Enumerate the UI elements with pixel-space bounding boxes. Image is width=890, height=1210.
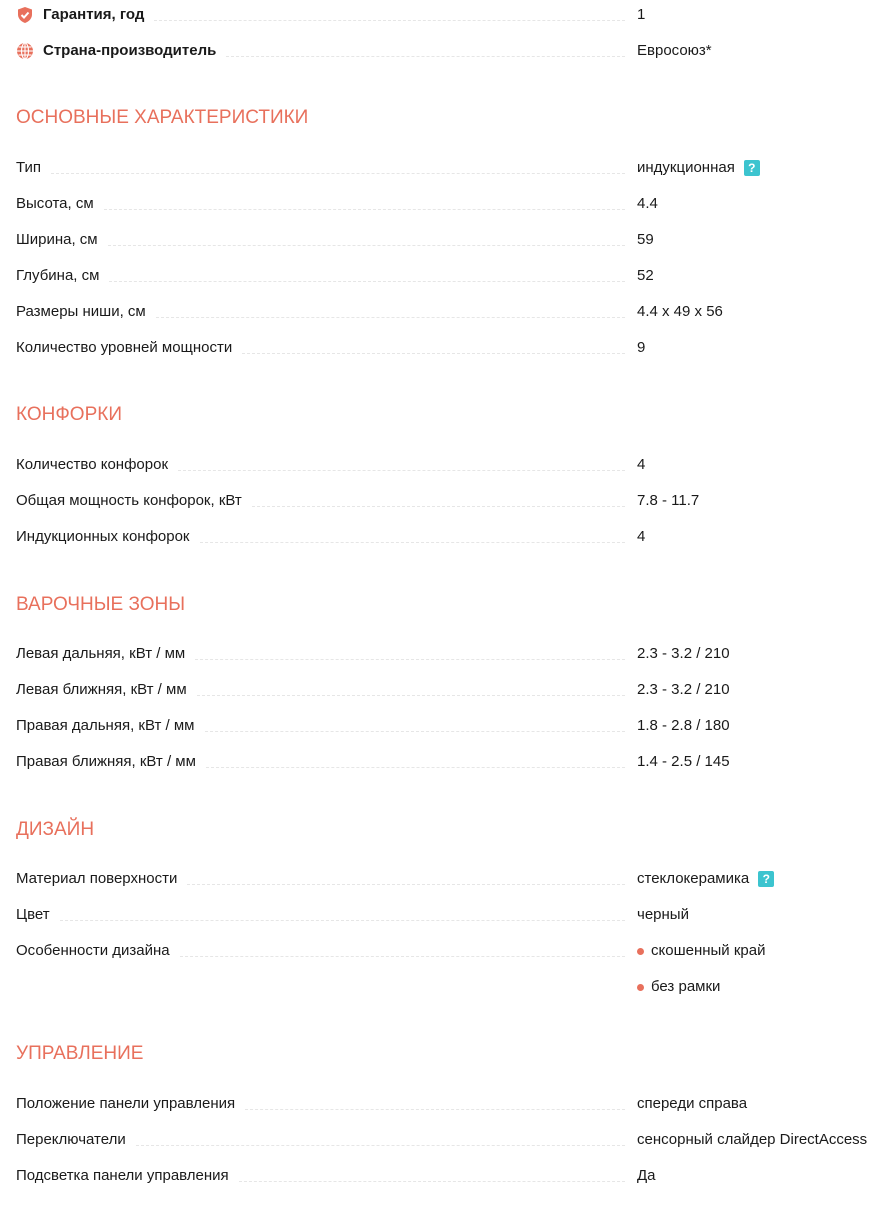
spec-value: индукционная?	[637, 158, 760, 178]
spec-row: Индукционных конфорок4	[16, 527, 890, 563]
spec-label-text: Страна-производитель	[43, 41, 216, 61]
spec-row: Правая ближняя, кВт / мм1.4 - 2.5 / 145	[16, 752, 890, 788]
dotted-leader	[156, 317, 625, 318]
spec-row: Особенности дизайнаскошенный крайбез рам…	[16, 941, 890, 977]
spec-row: Глубина, см52	[16, 266, 890, 302]
spec-label-text: Размеры ниши, см	[16, 302, 146, 322]
spec-label-text: Особенности дизайна	[16, 941, 170, 961]
spec-value-text: спереди справа	[637, 1094, 747, 1114]
dotted-leader	[60, 920, 625, 921]
spec-row: Количество уровней мощности9	[16, 338, 890, 374]
spec-value-text: Да	[637, 1166, 656, 1186]
section-title: УПРАВЛЕНИЕ	[16, 1043, 143, 1065]
dotted-leader	[200, 542, 625, 543]
help-icon[interactable]: ?	[744, 160, 760, 176]
spec-value-text: стеклокерамика	[637, 869, 749, 889]
spec-row: Высота, см4.4	[16, 194, 890, 230]
spec-label: Правая дальняя, кВт / мм	[16, 716, 195, 736]
dotted-leader	[242, 353, 625, 354]
globe-icon	[16, 42, 34, 60]
spec-value: спереди справа	[637, 1094, 747, 1114]
spec-label-text: Левая ближняя, кВт / мм	[16, 680, 187, 700]
dotted-leader	[178, 470, 625, 471]
spec-label: Положение панели управления	[16, 1094, 235, 1114]
spec-value: 4.4	[637, 194, 658, 214]
spec-value: 4	[637, 527, 645, 547]
dotted-leader	[245, 1109, 625, 1110]
spec-label-text: Количество уровней мощности	[16, 338, 232, 358]
spec-value-text: 4	[637, 455, 645, 475]
spec-label: Глубина, см	[16, 266, 99, 286]
spec-value-text: 2.3 - 3.2 / 210	[637, 680, 730, 700]
spec-label: Левая дальняя, кВт / мм	[16, 644, 185, 664]
bullet-dot-icon	[637, 984, 644, 991]
spec-row: Цветчерный	[16, 905, 890, 941]
spec-row: Ширина, см59	[16, 230, 890, 266]
spec-label-text: Глубина, см	[16, 266, 99, 286]
spec-label-text: Положение панели управления	[16, 1094, 235, 1114]
spec-value-text: 1.8 - 2.8 / 180	[637, 716, 730, 736]
dotted-leader	[206, 767, 625, 768]
spec-value-text: черный	[637, 905, 689, 925]
spec-row: Левая дальняя, кВт / мм2.3 - 3.2 / 210	[16, 644, 890, 680]
spec-value: 1	[637, 5, 645, 25]
spec-label-text: Цвет	[16, 905, 50, 925]
spec-row: Гарантия, год1	[16, 5, 890, 41]
dotted-leader	[197, 695, 625, 696]
spec-label: Правая ближняя, кВт / мм	[16, 752, 196, 772]
spec-value: черный	[637, 905, 689, 925]
spec-value-text: 7.8 - 11.7	[637, 491, 699, 511]
dotted-leader	[108, 245, 625, 246]
spec-value-bullet: скошенный край	[637, 941, 765, 961]
dotted-leader	[51, 173, 625, 174]
spec-label-text: Правая дальняя, кВт / мм	[16, 716, 195, 736]
spec-value-text: 2.3 - 3.2 / 210	[637, 644, 730, 664]
spec-label: Цвет	[16, 905, 50, 925]
dotted-leader	[195, 659, 625, 660]
spec-value: 59	[637, 230, 654, 250]
dotted-leader	[187, 884, 625, 885]
spec-label-text: Ширина, см	[16, 230, 98, 250]
spec-row: Размеры ниши, см4.4 x 49 x 56	[16, 302, 890, 338]
spec-label: Количество уровней мощности	[16, 338, 232, 358]
spec-value: 7.8 - 11.7	[637, 491, 699, 511]
section-title: ДИЗАЙН	[16, 819, 94, 841]
spec-value-text: без рамки	[651, 977, 720, 997]
spec-label-text: Гарантия, год	[43, 5, 144, 25]
spec-row: Подсветка панели управленияДа	[16, 1166, 890, 1202]
dotted-leader	[104, 209, 625, 210]
spec-value: 52	[637, 266, 654, 286]
dotted-leader	[180, 956, 625, 957]
spec-row: Правая дальняя, кВт / мм1.8 - 2.8 / 180	[16, 716, 890, 752]
spec-row: Типиндукционная?	[16, 158, 890, 194]
spec-value: Евросоюз*	[637, 41, 712, 61]
spec-label-text: Левая дальняя, кВт / мм	[16, 644, 185, 664]
spec-label-text: Правая ближняя, кВт / мм	[16, 752, 196, 772]
dotted-leader	[205, 731, 625, 732]
spec-label: Переключатели	[16, 1130, 126, 1150]
spec-label: Тип	[16, 158, 41, 178]
spec-value: 1.8 - 2.8 / 180	[637, 716, 730, 736]
spec-value-text: 4.4	[637, 194, 658, 214]
spec-value-text: 1.4 - 2.5 / 145	[637, 752, 730, 772]
spec-row: Левая ближняя, кВт / мм2.3 - 3.2 / 210	[16, 680, 890, 716]
spec-value-text: сенсорный слайдер DirectAccess	[637, 1130, 867, 1150]
spec-value: 9	[637, 338, 645, 358]
spec-value: Да	[637, 1166, 656, 1186]
spec-row: Страна-производительЕвросоюз*	[16, 41, 890, 77]
bullet-dot-icon	[637, 948, 644, 955]
spec-value-text: индукционная	[637, 158, 735, 178]
spec-label-text: Индукционных конфорок	[16, 527, 190, 547]
spec-value-text: 59	[637, 230, 654, 250]
spec-label-text: Количество конфорок	[16, 455, 168, 475]
spec-label-text: Общая мощность конфорок, кВт	[16, 491, 242, 511]
spec-value: 4	[637, 455, 645, 475]
spec-row: Общая мощность конфорок, кВт7.8 - 11.7	[16, 491, 890, 527]
shield-check-icon	[16, 6, 34, 24]
spec-value: 2.3 - 3.2 / 210	[637, 680, 730, 700]
spec-value-text: 4.4 x 49 x 56	[637, 302, 723, 322]
dotted-leader	[226, 56, 625, 57]
spec-label: Левая ближняя, кВт / мм	[16, 680, 187, 700]
spec-label: Страна-производитель	[16, 41, 216, 61]
section-title: ОСНОВНЫЕ ХАРАКТЕРИСТИКИ	[16, 107, 308, 129]
spec-label: Подсветка панели управления	[16, 1166, 229, 1186]
spec-label: Размеры ниши, см	[16, 302, 146, 322]
spec-label: Материал поверхности	[16, 869, 177, 889]
dotted-leader	[109, 281, 625, 282]
dotted-leader	[252, 506, 625, 507]
spec-value: сенсорный слайдер DirectAccess	[637, 1130, 867, 1150]
spec-label-text: Переключатели	[16, 1130, 126, 1150]
spec-value-text: Евросоюз*	[637, 41, 712, 61]
spec-value: 2.3 - 3.2 / 210	[637, 644, 730, 664]
spec-value-bullet: без рамки	[637, 977, 720, 997]
spec-label: Ширина, см	[16, 230, 98, 250]
spec-value-text: 1	[637, 5, 645, 25]
spec-label: Гарантия, год	[16, 5, 144, 25]
spec-row: Положение панели управленияспереди справ…	[16, 1094, 890, 1130]
spec-label-text: Тип	[16, 158, 41, 178]
spec-value-text: 4	[637, 527, 645, 547]
spec-label: Общая мощность конфорок, кВт	[16, 491, 242, 511]
spec-row: Материал поверхностистеклокерамика?	[16, 869, 890, 905]
spec-label-text: Подсветка панели управления	[16, 1166, 229, 1186]
section-title: ВАРОЧНЫЕ ЗОНЫ	[16, 594, 185, 616]
spec-label: Особенности дизайна	[16, 941, 170, 961]
spec-value-text: 9	[637, 338, 645, 358]
dotted-leader	[239, 1181, 625, 1182]
spec-label: Количество конфорок	[16, 455, 168, 475]
spec-value: 1.4 - 2.5 / 145	[637, 752, 730, 772]
spec-value-text: скошенный край	[651, 941, 765, 961]
spec-row: Переключателисенсорный слайдер DirectAcc…	[16, 1130, 890, 1166]
spec-value: стеклокерамика?	[637, 869, 774, 889]
spec-row: Количество конфорок4	[16, 455, 890, 491]
dotted-leader	[154, 20, 625, 21]
spec-label: Индукционных конфорок	[16, 527, 190, 547]
spec-label-text: Высота, см	[16, 194, 94, 214]
spec-label: Высота, см	[16, 194, 94, 214]
dotted-leader	[136, 1145, 625, 1146]
help-icon[interactable]: ?	[758, 871, 774, 887]
spec-label-text: Материал поверхности	[16, 869, 177, 889]
section-title: КОНФОРКИ	[16, 404, 122, 426]
spec-value-text: 52	[637, 266, 654, 286]
spec-value: 4.4 x 49 x 56	[637, 302, 723, 322]
